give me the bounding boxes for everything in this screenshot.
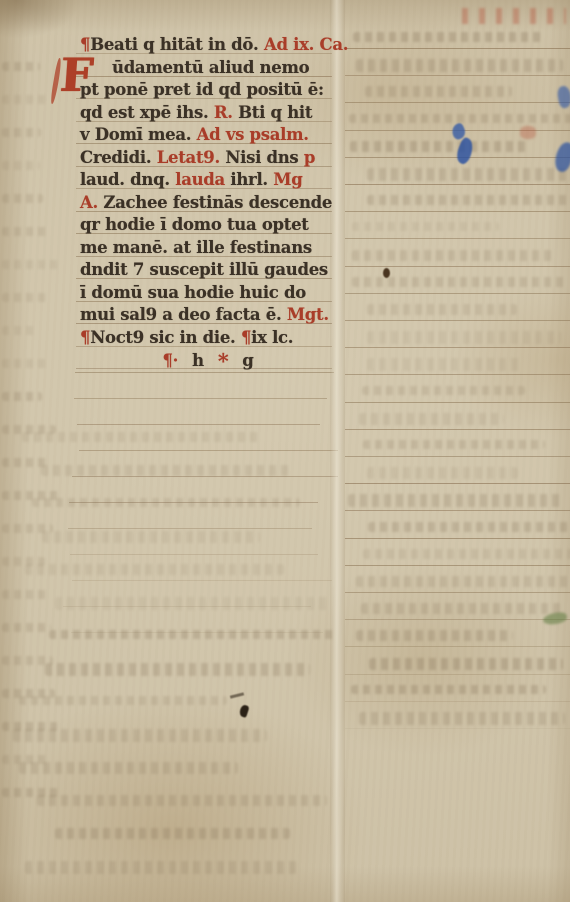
ruled-line — [345, 102, 570, 103]
text-line: ī domū sua hodie huic do — [80, 282, 336, 305]
showthrough-text-row — [351, 685, 546, 695]
ruled-line — [70, 554, 318, 555]
ink-text: Beati q hitāt in dō. — [90, 35, 264, 54]
showthrough-text-row — [2, 524, 53, 533]
ruled-line — [74, 398, 327, 399]
showthrough-text-row — [25, 861, 298, 874]
showthrough-text-row — [2, 557, 45, 566]
ink-text: dndit 7 suscepit illū gaudes — [80, 260, 328, 279]
dark-spot — [383, 268, 390, 278]
showthrough-text-row — [367, 304, 517, 315]
showthrough-text-row — [55, 828, 291, 839]
ruled-line — [345, 483, 570, 484]
showthrough-text-row — [2, 590, 49, 599]
text-line: ¶Beati q hitāt in dō. Ad ix. Ca. — [80, 34, 336, 57]
text-line: ūdamentū aliud nemo — [112, 57, 336, 80]
ruled-line — [345, 75, 570, 76]
left-column-text: ¶Beati q hitāt in dō. Ad ix. Ca.ūdamentū… — [80, 34, 336, 373]
ink-text: g — [242, 351, 253, 370]
ink-text: ihrl. — [225, 170, 273, 189]
showthrough-text-row — [369, 658, 563, 670]
showthrough-text-row — [352, 250, 555, 261]
ink-text: Credidi. — [80, 148, 157, 167]
ink-text: mui sal9 a deo facta ē. — [80, 305, 287, 324]
ink-text: ūdamentū aliud nemo — [112, 58, 309, 77]
showthrough-text-row — [42, 531, 260, 543]
showthrough-text-row — [2, 161, 40, 170]
ink-text: h — [192, 351, 204, 370]
rubric-text: Mgt. — [287, 305, 329, 324]
ruled-line — [79, 450, 338, 451]
showthrough-text-row — [356, 630, 513, 640]
ruled-line — [68, 528, 312, 529]
showthrough-text-row — [2, 623, 51, 632]
text-line: v Domī mea. Ad vs psalm. — [80, 124, 336, 147]
ruled-line — [345, 728, 570, 729]
rubric-text: * — [218, 349, 228, 373]
showthrough-text-row — [41, 465, 292, 476]
ruled-line — [345, 266, 570, 267]
rubric-text: Ad ix. Ca. — [264, 35, 348, 54]
showthrough-text-row — [2, 689, 55, 698]
red-offset-mark — [520, 126, 536, 139]
showthrough-text-row — [2, 788, 61, 797]
ruled-line — [345, 701, 570, 702]
ruled-line — [77, 424, 320, 425]
showthrough-text-row — [2, 359, 47, 368]
showthrough-text-row — [2, 194, 43, 203]
showthrough-text-row — [359, 413, 503, 425]
showthrough-text-row — [348, 494, 563, 506]
showthrough-text-row — [2, 95, 49, 104]
text-line: dndit 7 suscepit illū gaudes — [80, 259, 336, 282]
showthrough-text-row — [367, 467, 518, 479]
showthrough-text-row — [2, 425, 56, 434]
showthrough-text-row — [352, 277, 567, 287]
rubric-text: ¶ — [80, 35, 90, 54]
ruled-line — [345, 48, 570, 49]
ink-text: ix lc. — [251, 328, 293, 347]
showthrough-text-row — [363, 440, 545, 449]
showthrough-text-row — [2, 62, 40, 71]
rubric-text: ¶· — [162, 351, 178, 370]
showthrough-text-row — [350, 141, 529, 152]
showthrough-text-row — [2, 656, 53, 665]
ruled-line — [72, 476, 338, 477]
ruled-line — [345, 374, 570, 375]
ruled-line — [345, 619, 570, 620]
showthrough-text-row — [365, 86, 512, 97]
text-line: qd est xpē ihs. R. Bti q hit — [80, 102, 336, 125]
showthrough-text-row — [352, 222, 498, 231]
showthrough-text-row — [2, 260, 62, 269]
ink-text: Zachee festinās descende — [103, 193, 332, 212]
blue-ink-smudge — [553, 141, 570, 174]
showthrough-text-row — [359, 712, 565, 725]
showthrough-text-row — [367, 168, 570, 181]
blue-ink-smudge — [556, 85, 570, 109]
ink-text: Bti q hit — [238, 103, 312, 122]
showthrough-text-row — [353, 32, 543, 42]
showthrough-text-row — [2, 326, 36, 335]
text-line: ¶Noct9 sic in die. ¶ix lc. — [80, 327, 336, 350]
text-line: ¶·h*g — [80, 350, 336, 373]
showthrough-text-row — [37, 795, 326, 806]
rubric-text: ¶ — [241, 328, 251, 347]
showthrough-text-row — [362, 386, 525, 396]
showthrough-text-row — [2, 293, 47, 302]
showthrough-text-row — [356, 576, 570, 587]
ruled-line — [345, 565, 570, 566]
showthrough-text-row — [363, 549, 570, 560]
ruled-line — [345, 211, 570, 212]
ruled-line — [345, 293, 570, 294]
showthrough-text-row — [367, 195, 570, 205]
showthrough-text-row — [22, 432, 262, 442]
ink-text: me manē. at ille festinans — [80, 238, 312, 257]
ruled-line — [345, 402, 570, 403]
rubric-text: p — [304, 148, 315, 167]
text-line: me manē. at ille festinans — [80, 237, 336, 260]
green-ink-smudge — [542, 611, 567, 625]
offset-red-marks — [462, 8, 566, 24]
rubric-text: R. — [214, 103, 238, 122]
showthrough-text-row — [2, 227, 50, 236]
black-ink-blot — [238, 704, 249, 718]
showthrough-text-row — [361, 603, 563, 613]
showthrough-text-row — [2, 491, 61, 500]
rubric-text: Mg — [273, 170, 302, 189]
showthrough-text-row — [367, 331, 561, 344]
ruled-line — [345, 538, 570, 539]
manuscript-page: F ¶Beati q hitāt in dō. Ad ix. Ca.ūdamen… — [0, 0, 570, 902]
ruled-line — [345, 429, 570, 430]
showthrough-text-row — [356, 59, 564, 72]
text-line: qr hodie ī domo tua optet — [80, 214, 336, 237]
ink-text: Noct9 sic in die. — [90, 328, 241, 347]
showthrough-text-row — [2, 392, 42, 401]
ruled-line — [345, 674, 570, 675]
ruled-line — [345, 347, 570, 348]
ruled-line — [345, 238, 570, 239]
ink-text: qr hodie ī domo tua optet — [80, 215, 309, 234]
showthrough-text-row — [49, 630, 335, 639]
text-line: A. Zachee festinās descende — [80, 192, 336, 215]
showthrough-text-row — [45, 663, 310, 676]
ink-text: ī domū sua hodie huic do — [80, 283, 306, 302]
showthrough-text-row — [2, 755, 47, 764]
ruled-line — [345, 646, 570, 647]
ink-text: Nisi dns — [225, 148, 304, 167]
ruled-line — [345, 184, 570, 185]
ruled-line — [345, 320, 570, 321]
showthrough-text-row — [2, 458, 47, 467]
ink-text: v Domī mea. — [80, 125, 197, 144]
showthrough-text-row — [55, 597, 329, 610]
text-line: pt ponē pret id qd positū ē: — [80, 79, 336, 102]
rubric-text: Letat9. — [157, 148, 226, 167]
showthrough-text-row — [367, 358, 523, 371]
showthrough-text-row — [2, 128, 41, 137]
text-line: mui sal9 a deo facta ē. Mgt. — [80, 304, 336, 327]
showthrough-text-row — [2, 722, 58, 731]
ruled-line — [345, 510, 570, 511]
text-line: laud. dnq. lauda ihrl. Mg — [80, 169, 336, 192]
ruled-line — [345, 456, 570, 457]
showthrough-text-row — [32, 498, 300, 507]
showthrough-text-row — [368, 522, 570, 533]
ink-text: pt ponē pret id qd positū ē: — [80, 80, 324, 99]
rubric-text: A. — [80, 193, 103, 212]
showthrough-text-row — [19, 762, 237, 774]
black-ink-blot — [230, 692, 244, 698]
showthrough-text-row — [25, 564, 284, 575]
rubric-text: ¶ — [80, 328, 90, 347]
ruled-line — [72, 580, 332, 581]
rubric-text: lauda — [175, 170, 225, 189]
ruled-line — [345, 592, 570, 593]
rubric-text: Ad vs psalm. — [197, 125, 309, 144]
text-line: Credidi. Letat9. Nisi dns p — [80, 147, 336, 170]
ink-text: laud. dnq. — [80, 170, 175, 189]
ink-text: qd est xpē ihs. — [80, 103, 214, 122]
